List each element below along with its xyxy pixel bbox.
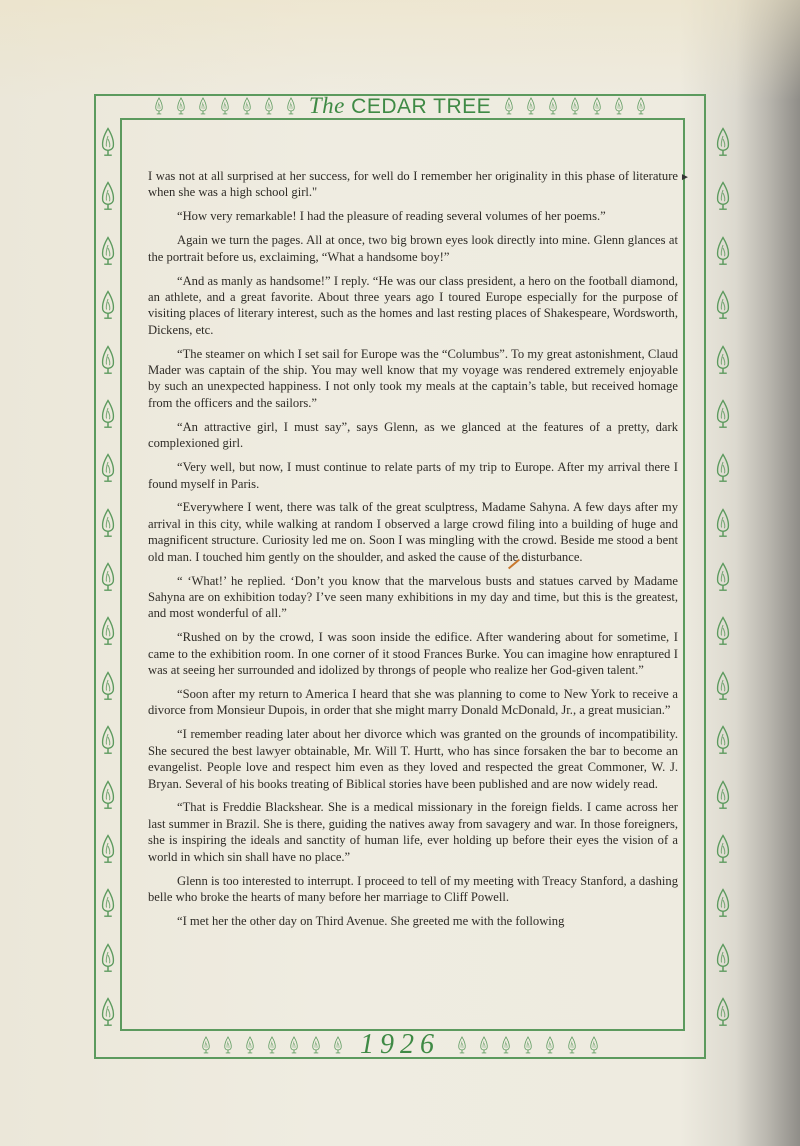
cedar-tree-icon — [714, 285, 732, 325]
cedar-tree-icon — [99, 775, 117, 815]
cedar-tree-icon — [99, 503, 117, 543]
cedar-tree-icon — [200, 1036, 212, 1054]
cedar-tree-icon — [456, 1036, 468, 1054]
paragraph: “ ‘What!’ he replied. ‘Don’t you know th… — [148, 573, 678, 622]
cedar-tree-icon — [222, 1036, 234, 1054]
paragraph: “Very well, but now, I must continue to … — [148, 459, 678, 492]
cedar-tree-icon — [714, 394, 732, 434]
cedar-tree-icon — [99, 448, 117, 488]
cedar-tree-icon — [714, 829, 732, 869]
cedar-tree-icon — [714, 176, 732, 216]
cedar-tree-icon — [613, 97, 625, 115]
cedar-tree-icon — [263, 97, 275, 115]
paragraph: “An attractive girl, I must say”, says G… — [148, 419, 678, 452]
cedar-tree-icon — [99, 883, 117, 923]
cedar-tree-icon — [714, 775, 732, 815]
cedar-tree-icon — [714, 883, 732, 923]
cedar-tree-icon — [244, 1036, 256, 1054]
paper-shading — [0, 0, 800, 100]
cedar-tree-icon — [332, 1036, 344, 1054]
footer-ornaments-right — [456, 1036, 600, 1054]
page-title: The CEDAR TREE — [303, 93, 497, 119]
cedar-tree-icon — [99, 176, 117, 216]
cedar-tree-icon — [591, 97, 603, 115]
cedar-tree-icon — [714, 122, 732, 162]
right-ornament-column — [711, 122, 735, 1032]
paragraph: “The steamer on which I set sail for Eur… — [148, 346, 678, 412]
page-header: The CEDAR TREE — [96, 94, 704, 118]
cedar-tree-icon — [714, 666, 732, 706]
header-ornaments-left — [153, 97, 297, 115]
footer-year: 1926 — [350, 1029, 450, 1061]
cedar-tree-icon — [714, 611, 732, 651]
cedar-tree-icon — [566, 1036, 578, 1054]
paragraph: “I remember reading later about her divo… — [148, 726, 678, 792]
title-main: CEDAR TREE — [351, 95, 491, 118]
cedar-tree-icon — [241, 97, 253, 115]
cedar-tree-icon — [547, 97, 559, 115]
paragraph: Glenn is too interested to interrupt. I … — [148, 873, 678, 906]
cedar-tree-icon — [522, 1036, 534, 1054]
cedar-tree-icon — [175, 97, 187, 115]
cedar-tree-icon — [99, 829, 117, 869]
title-prefix: The — [309, 93, 345, 118]
paragraph: “I met her the other day on Third Avenue… — [148, 913, 678, 929]
cedar-tree-icon — [99, 938, 117, 978]
cedar-tree-icon — [99, 394, 117, 434]
cedar-tree-icon — [288, 1036, 300, 1054]
paragraph: I was not at all surprised at her succes… — [148, 168, 678, 201]
cedar-tree-icon — [714, 938, 732, 978]
cedar-tree-icon — [99, 557, 117, 597]
cedar-tree-icon — [525, 97, 537, 115]
paragraph: Again we turn the pages. All at once, tw… — [148, 232, 678, 265]
cedar-tree-icon — [714, 557, 732, 597]
paragraph: “Rushed on by the crowd, I was soon insi… — [148, 629, 678, 678]
cedar-tree-icon — [478, 1036, 490, 1054]
cedar-tree-icon — [285, 97, 297, 115]
cedar-tree-icon — [635, 97, 647, 115]
cedar-tree-icon — [99, 992, 117, 1032]
cedar-tree-icon — [714, 720, 732, 760]
cedar-tree-icon — [714, 503, 732, 543]
cedar-tree-icon — [99, 285, 117, 325]
cedar-tree-icon — [99, 231, 117, 271]
cedar-tree-icon — [714, 231, 732, 271]
cedar-tree-icon — [544, 1036, 556, 1054]
left-ornament-column — [96, 122, 120, 1032]
cedar-tree-icon — [219, 97, 231, 115]
cedar-tree-icon — [99, 340, 117, 380]
cedar-tree-icon — [503, 97, 515, 115]
page-footer: 1926 — [96, 1032, 704, 1058]
paragraph: “How very remarkable! I had the pleasure… — [148, 208, 678, 224]
cedar-tree-icon — [714, 448, 732, 488]
cedar-tree-icon — [588, 1036, 600, 1054]
cedar-tree-icon — [153, 97, 165, 115]
cedar-tree-icon — [197, 97, 209, 115]
cedar-tree-icon — [714, 992, 732, 1032]
cedar-tree-icon — [99, 611, 117, 651]
margin-mark: ► — [680, 172, 688, 180]
article-body: I was not at all surprised at her succes… — [148, 168, 678, 937]
paragraph: “That is Freddie Blackshear. She is a me… — [148, 799, 678, 865]
footer-ornaments-left — [200, 1036, 344, 1054]
paragraph: “And as manly as handsome!” I reply. “He… — [148, 273, 678, 339]
cedar-tree-icon — [310, 1036, 322, 1054]
header-ornaments-right — [503, 97, 647, 115]
cedar-tree-icon — [266, 1036, 278, 1054]
paragraph: “Soon after my return to America I heard… — [148, 686, 678, 719]
cedar-tree-icon — [714, 340, 732, 380]
cedar-tree-icon — [99, 720, 117, 760]
cedar-tree-icon — [99, 666, 117, 706]
cedar-tree-icon — [569, 97, 581, 115]
paragraph: “Everywhere I went, there was talk of th… — [148, 499, 678, 565]
cedar-tree-icon — [99, 122, 117, 162]
cedar-tree-icon — [500, 1036, 512, 1054]
